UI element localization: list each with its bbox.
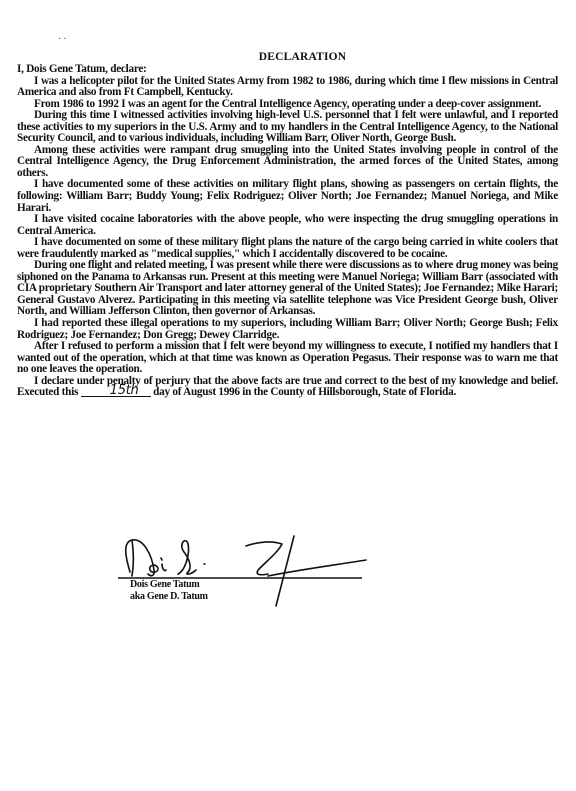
scan-speck: ·· bbox=[58, 34, 69, 45]
paragraph: During this time I witnessed activities … bbox=[17, 110, 558, 145]
signer-aka: aka Gene D. Tatum bbox=[130, 591, 208, 602]
paragraph: I have documented some of these activiti… bbox=[17, 179, 558, 214]
declaration-document: DECLARATION I, Dois Gene Tatum, declare:… bbox=[17, 50, 558, 399]
paragraph: I have documented on some of these milit… bbox=[17, 237, 558, 260]
paragraph-closing: I declare under penalty of perjury that … bbox=[17, 376, 558, 399]
paragraph: I was a helicopter pilot for the United … bbox=[17, 76, 558, 99]
document-title: DECLARATION bbox=[47, 50, 558, 64]
handwritten-signature-icon bbox=[118, 530, 398, 620]
signer-name: Dois Gene Tatum bbox=[130, 579, 199, 590]
paragraph-intro: I, Dois Gene Tatum, declare: bbox=[17, 64, 558, 76]
paragraph: I had reported these illegal operations … bbox=[17, 318, 558, 341]
paragraph: After I refused to perform a mission tha… bbox=[17, 341, 558, 376]
paragraph: I have visited cocaine laboratories with… bbox=[17, 214, 558, 237]
paragraph: During one flight and related meeting, I… bbox=[17, 260, 558, 318]
closing-text-after: day of August 1996 in the County of Hill… bbox=[153, 386, 456, 398]
paragraph: Among these activities were rampant drug… bbox=[17, 145, 558, 180]
date-blank-handwritten: 15th bbox=[81, 386, 151, 397]
signature-block: Dois Gene Tatum aka Gene D. Tatum bbox=[118, 530, 398, 620]
